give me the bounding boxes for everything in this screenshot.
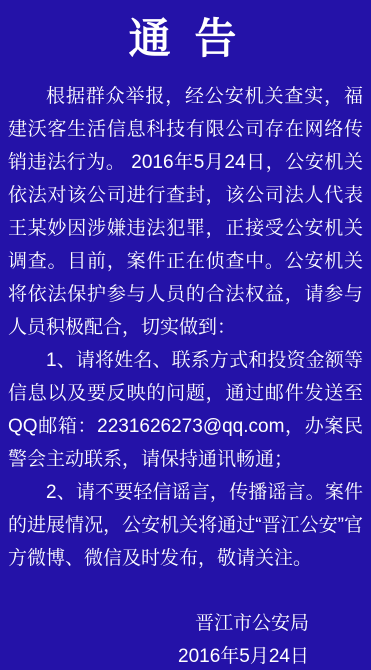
notice-title: 通 告 <box>8 14 363 64</box>
notice-paragraph-intro: 根据群众举报，经公安机关查实，福建沃客生活信息科技有限公司存在网络传销违法行为。… <box>8 80 363 344</box>
notice-poster: 通 告 根据群众举报，经公安机关查实，福建沃客生活信息科技有限公司存在网络传销违… <box>0 0 371 670</box>
signature-date: 2016年5月24日 <box>8 640 309 670</box>
signature-issuer: 晋江市公安局 <box>8 607 309 640</box>
notice-paragraph-item-1: 1、请将姓名、联系方式和投资金额等信息以及要反映的问题，通过邮件发送至QQ邮箱：… <box>8 344 363 476</box>
notice-body: 根据群众举报，经公安机关查实，福建沃客生活信息科技有限公司存在网络传销违法行为。… <box>8 80 363 575</box>
notice-paragraph-item-2: 2、请不要轻信谣言，传播谣言。案件的进展情况，公安机关将通过“晋江公安”官方微博… <box>8 476 363 575</box>
signature-block: 晋江市公安局 2016年5月24日 <box>8 607 363 670</box>
